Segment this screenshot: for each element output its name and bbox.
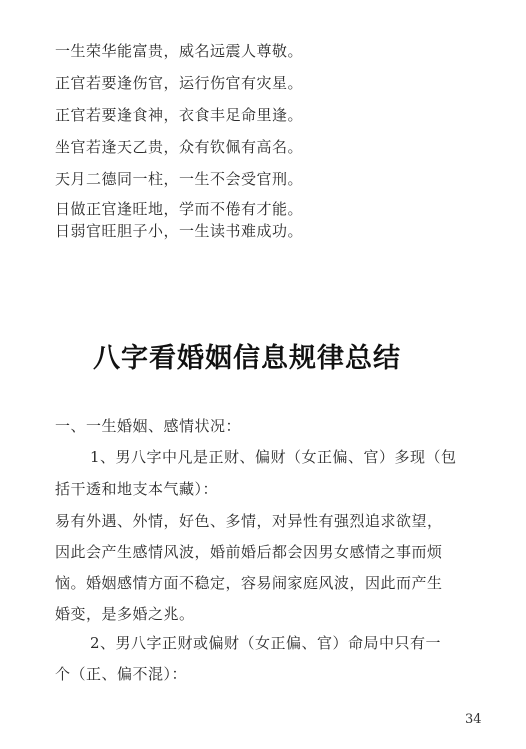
poem-line: 一生荣华能富贵，威名远震人尊敬。 (55, 40, 303, 61)
body-line: 婚变，是多婚之兆。 (55, 603, 195, 624)
section-title: 八字看婚姻信息规律总结 (93, 336, 401, 375)
poem-line: 正官若要逢食神，衣食丰足命里逢。 (55, 104, 303, 125)
section-heading: 一、一生婚姻、感情状况： (55, 415, 241, 436)
body-line: 易有外遇、外情，好色、多情，对异性有强烈追求欲望， (55, 510, 443, 531)
item-2-line-1: 2、男八字正财或偏财（女正偏、官）命局中只有一 (90, 632, 441, 653)
item-1-line-1: 1、男八字中凡是正财、偏财（女正偏、官）多现（包 (90, 446, 457, 467)
poem-line: 坐官若逢天乙贵，众有钦佩有高名。 (55, 136, 303, 157)
body-line: 恼。婚姻感情方面不稳定，容易闹家庭风波，因此而产生 (55, 572, 443, 593)
poem-line: 正官若要逢伤官，运行伤官有灾星。 (55, 72, 303, 93)
poem-line: 日弱官旺胆子小，一生读书难成功。 (55, 220, 303, 241)
body-line: 因此会产生感情风波，婚前婚后都会因男女感情之事而烦 (55, 541, 443, 562)
page-number: 34 (465, 712, 482, 727)
item-2-line-2: 个（正、偏不混）： (55, 663, 187, 684)
item-1-line-2: 括干透和地支本气藏）： (55, 478, 218, 499)
poem-line: 日做正官逢旺地，学而不倦有才能。 (55, 198, 303, 219)
poem-line: 天月二德同一柱，一生不会受官刑。 (55, 168, 303, 189)
